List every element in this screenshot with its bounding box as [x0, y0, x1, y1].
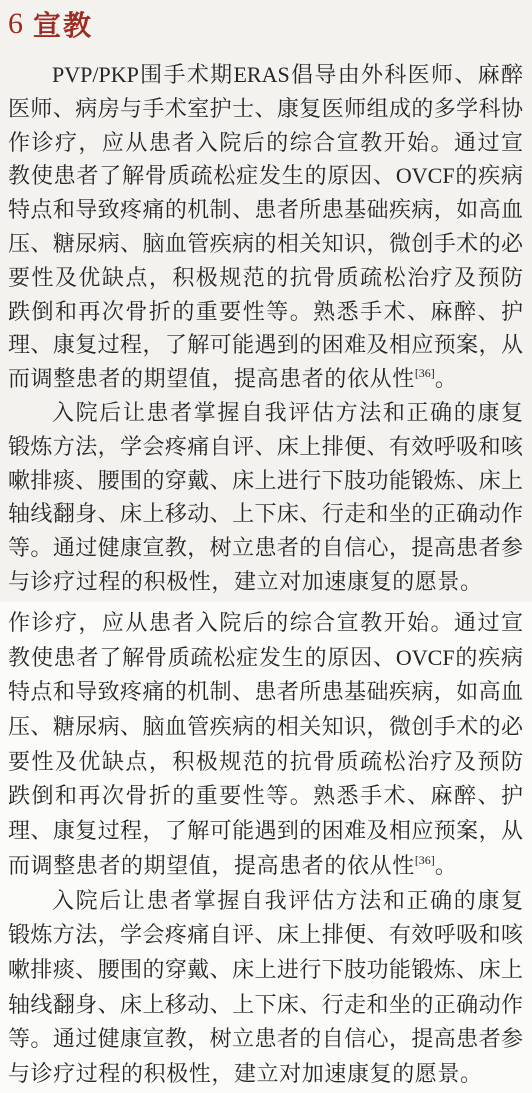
section-heading: 6 宣教	[8, 6, 523, 42]
text-run: 轴线翻身、床上移动、上下床、行走和坐的正确动作	[8, 992, 523, 1017]
text-run: 要性及优缺点，积极规范的抗骨质疏松治疗及预防	[8, 265, 523, 290]
text-run: 作诊疗，应从患者入院后的综合宣教开始。通过宣	[8, 610, 523, 635]
text-run: 与诊疗过程的积极性，建立对加速康复的愿景。	[8, 1061, 483, 1086]
text-run: 教使患者了解骨质疏松症发生的原因、OVCF的疾病	[8, 645, 523, 670]
text-line: 教使患者了解骨质疏松症发生的原因、OVCF的疾病	[8, 159, 523, 193]
text-run: 而调整患者的期望值，提高患者的依从性	[8, 853, 415, 878]
text-line: 与诊疗过程的积极性，建立对加速康复的愿景。	[8, 565, 523, 599]
text-line: 入院后让患者掌握自我评估方法和正确的康复	[8, 884, 523, 919]
text-run: 压、糖尿病、脑血管疾病的相关知识，微创手术的必	[8, 714, 523, 739]
text-run: 轴线翻身、床上移动、上下床、行走和坐的正确动作	[8, 501, 523, 526]
text-line: 嗽排痰、腰围的穿戴、床上进行下肢功能锻炼、床上	[8, 464, 523, 498]
text-run: 锻炼方法，学会疼痛自评、床上排便、有效呼吸和咳	[8, 434, 523, 459]
text-run: 。	[435, 366, 458, 391]
text-line: 轴线翻身、床上移动、上下床、行走和坐的正确动作	[8, 988, 523, 1023]
text-run: 。	[435, 853, 458, 878]
text-line: 入院后让患者掌握自我评估方法和正确的康复	[8, 396, 523, 430]
reference-marker: [36]	[415, 853, 435, 867]
text-run: 锻炼方法，学会疼痛自评、床上排便、有效呼吸和咳	[8, 922, 523, 947]
text-line: 医师、病房与手术室护士、康复医师组成的多学科协	[8, 92, 523, 126]
section-number: 6	[8, 7, 23, 41]
text-run: 跌倒和再次骨折的重要性等。熟悉手术、麻醉、护	[8, 783, 523, 808]
text-run: 嗽排痰、腰围的穿戴、床上进行下肢功能锻炼、床上	[8, 468, 523, 493]
text-run: 理、康复过程，了解可能遇到的困难及相应预案，从	[8, 332, 523, 357]
text-run: 特点和导致疼痛的机制、患者所患基础疾病，如高血	[8, 679, 523, 704]
text-line: 锻炼方法，学会疼痛自评、床上排便、有效呼吸和咳	[8, 430, 523, 464]
text-run: 入院后让患者掌握自我评估方法和正确的康复	[52, 400, 523, 425]
text-run: 理、康复过程，了解可能遇到的困难及相应预案，从	[8, 818, 523, 843]
text-run: 与诊疗过程的积极性，建立对加速康复的愿景。	[8, 569, 483, 594]
scan-segment-bottom: 作诊疗，应从患者入院后的综合宣教开始。通过宣教使患者了解骨质疏松症发生的原因、O…	[0, 602, 532, 1093]
text-run: 作诊疗，应从患者入院后的综合宣教开始。通过宣	[8, 130, 523, 155]
text-run: 教使患者了解骨质疏松症发生的原因、OVCF的疾病	[8, 163, 523, 188]
text-run: 特点和导致疼痛的机制、患者所患基础疾病，如高血	[8, 197, 523, 222]
text-line: 与诊疗过程的积极性，建立对加速康复的愿景。	[8, 1057, 523, 1092]
text-line: 轴线翻身、床上移动、上下床、行走和坐的正确动作	[8, 497, 523, 531]
text-run: 跌倒和再次骨折的重要性等。熟悉手术、麻醉、护	[8, 299, 523, 324]
text-line: 特点和导致疼痛的机制、患者所患基础疾病，如高血	[8, 675, 523, 710]
text-line: 特点和导致疼痛的机制、患者所患基础疾病，如高血	[8, 193, 523, 227]
text-line: 等。通过健康宣教，树立患者的自信心，提高患者参	[8, 531, 523, 565]
text-line: 作诊疗，应从患者入院后的综合宣教开始。通过宣	[8, 606, 523, 641]
text-line: 压、糖尿病、脑血管疾病的相关知识，微创手术的必	[8, 710, 523, 745]
text-line: 理、康复过程，了解可能遇到的困难及相应预案，从	[8, 328, 523, 362]
text-line: 跌倒和再次骨折的重要性等。熟悉手术、麻醉、护	[8, 779, 523, 814]
section-title: 宣教	[33, 4, 93, 44]
text-run: 嗽排痰、腰围的穿戴、床上进行下肢功能锻炼、床上	[8, 957, 523, 982]
text-run: 而调整患者的期望值，提高患者的依从性	[8, 366, 415, 391]
text-line: 锻炼方法，学会疼痛自评、床上排便、有效呼吸和咳	[8, 918, 523, 953]
reference-marker: [36]	[415, 366, 435, 380]
text-run: 等。通过健康宣教，树立患者的自信心，提高患者参	[8, 535, 523, 560]
text-run: 等。通过健康宣教，树立患者的自信心，提高患者参	[8, 1026, 523, 1051]
text-line: 跌倒和再次骨折的重要性等。熟悉手术、麻醉、护	[8, 295, 523, 329]
text-line: 要性及优缺点，积极规范的抗骨质疏松治疗及预防	[8, 745, 523, 780]
text-run: 入院后让患者掌握自我评估方法和正确的康复	[52, 888, 523, 913]
text-line: 嗽排痰、腰围的穿戴、床上进行下肢功能锻炼、床上	[8, 953, 523, 988]
text-run: 要性及优缺点，积极规范的抗骨质疏松治疗及预防	[8, 749, 523, 774]
text-run: 压、糖尿病、脑血管疾病的相关知识，微创手术的必	[8, 231, 523, 256]
text-line: 作诊疗，应从患者入院后的综合宣教开始。通过宣	[8, 126, 523, 160]
text-line: 压、糖尿病、脑血管疾病的相关知识，微创手术的必	[8, 227, 523, 261]
text-run: 医师、病房与手术室护士、康复医师组成的多学科协	[8, 96, 523, 121]
text-line: 教使患者了解骨质疏松症发生的原因、OVCF的疾病	[8, 641, 523, 676]
text-line: 而调整患者的期望值，提高患者的依从性[36]。	[8, 362, 523, 396]
document-page: 6 宣教 PVP/PKP围手术期ERAS倡导由外科医师、麻醉医师、病房与手术室护…	[0, 0, 532, 1093]
text-line: 而调整患者的期望值，提高患者的依从性[36]。	[8, 849, 523, 884]
text-line: 等。通过健康宣教，树立患者的自信心，提高患者参	[8, 1022, 523, 1057]
text-run: PVP/PKP围手术期ERAS倡导由外科医师、麻醉	[52, 62, 523, 87]
text-line: PVP/PKP围手术期ERAS倡导由外科医师、麻醉	[8, 58, 523, 92]
text-line: 要性及优缺点，积极规范的抗骨质疏松治疗及预防	[8, 261, 523, 295]
scan-segment-top: 6 宣教 PVP/PKP围手术期ERAS倡导由外科医师、麻醉医师、病房与手术室护…	[0, 0, 532, 602]
text-line: 理、康复过程，了解可能遇到的困难及相应预案，从	[8, 814, 523, 849]
